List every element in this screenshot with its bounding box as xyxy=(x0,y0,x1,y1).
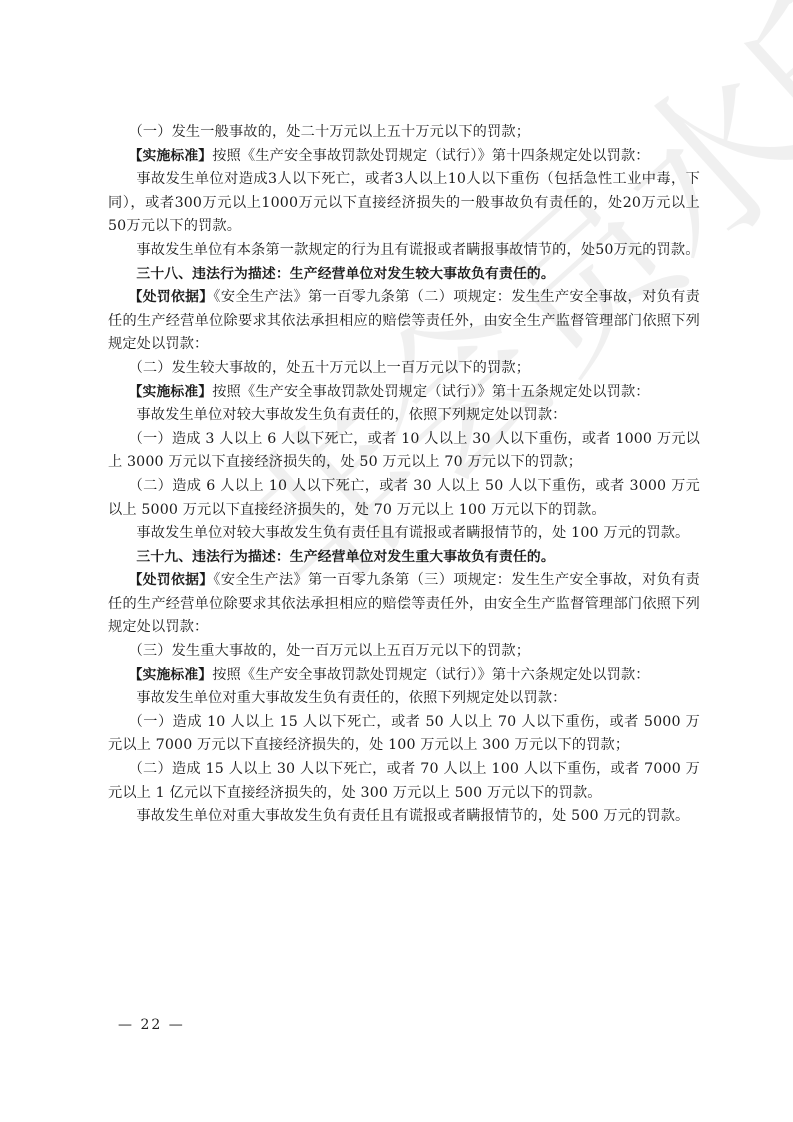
paragraph: （二）造成 15 人以上 30 人以下死亡，或者 70 人以上 100 人以下重… xyxy=(108,758,700,805)
paragraph: 事故发生单位有本条第一款规定的行为且有谎报或者瞒报事故情节的，处50万元的罚款。 xyxy=(108,239,700,263)
label-penalty-basis: 【处罚依据】 xyxy=(129,572,214,588)
paragraph-text: （三）发生重大事故的，处一百万元以上五百万元以下的罚款； xyxy=(129,643,530,659)
paragraph: （一）发生一般事故的，处二十万元以上五十万元以下的罚款； xyxy=(108,121,700,145)
paragraph-implementation-standard: 【实施标准】按照《生产安全事故罚款处罚规定（试行）》第十五条规定处以罚款： xyxy=(108,381,700,405)
label-implementation-standard: 【实施标准】 xyxy=(129,148,213,164)
paragraph-text: 按照《生产安全事故罚款处罚规定（试行）》第十五条规定处以罚款： xyxy=(212,384,649,400)
page-number: — 22 — xyxy=(118,1017,185,1033)
paragraph-text: （一）造成 3 人以上 6 人以下死亡，或者 10 人以上 30 人以下重伤，或… xyxy=(108,431,700,471)
paragraph: 事故发生单位对重大事故发生负有责任的，依照下列规定处以罚款： xyxy=(108,687,700,711)
paragraph-penalty-basis: 【处罚依据】《安全生产法》第一百零九条第（三）项规定：发生生产安全事故，对负有责… xyxy=(108,569,700,640)
paragraph: （三）发生重大事故的，处一百万元以上五百万元以下的罚款； xyxy=(108,640,700,664)
paragraph-text: 事故发生单位对造成3人以下死亡，或者3人以上10人以下重伤（包括急性工业中毒，下… xyxy=(108,171,700,234)
label-implementation-standard: 【实施标准】 xyxy=(129,667,213,683)
paragraph: （二）造成 6 人以上 10 人以下死亡，或者 30 人以上 50 人以下重伤，… xyxy=(108,475,700,522)
paragraph: 事故发生单位对造成3人以下死亡，或者3人以上10人以下重伤（包括急性工业中毒，下… xyxy=(108,168,700,239)
section-heading-text: 三十九、违法行为描述：生产经营单位对发生重大事故负有责任的。 xyxy=(136,549,554,565)
document-page: 非会员水印 （一）发生一般事故的，处二十万元以上五十万元以下的罚款； 【实施标准… xyxy=(0,0,793,1122)
paragraph: 事故发生单位对较大事故发生负有责任且有谎报或者瞒报情节的，处 100 万元的罚款… xyxy=(108,522,700,546)
paragraph-text: 事故发生单位对重大事故发生负有责任的，依照下列规定处以罚款： xyxy=(136,690,566,706)
paragraph-text: 事故发生单位对较大事故发生负有责任的，依照下列规定处以罚款： xyxy=(136,407,566,423)
paragraph: 事故发生单位对较大事故发生负有责任的，依照下列规定处以罚款： xyxy=(108,404,700,428)
label-implementation-standard: 【实施标准】 xyxy=(129,384,213,400)
paragraph: （一）造成 3 人以上 6 人以下死亡，或者 10 人以上 30 人以下重伤，或… xyxy=(108,428,700,475)
paragraph: （二）发生较大事故的，处五十万元以上一百万元以下的罚款； xyxy=(108,357,700,381)
paragraph: （一）造成 10 人以上 15 人以下死亡，或者 50 人以上 70 人以下重伤… xyxy=(108,711,700,758)
section-heading-text: 三十八、违法行为描述：生产经营单位对发生较大事故负有责任的。 xyxy=(136,266,554,282)
section-heading-38: 三十八、违法行为描述：生产经营单位对发生较大事故负有责任的。 xyxy=(108,263,700,287)
paragraph-text: 按照《生产安全事故罚款处罚规定（试行）》第十四条规定处以罚款： xyxy=(212,148,649,164)
paragraph: 事故发生单位对重大事故发生负有责任且有谎报或者瞒报情节的，处 500 万元的罚款… xyxy=(108,805,700,829)
paragraph-text: （二）发生较大事故的，处五十万元以上一百万元以下的罚款； xyxy=(129,360,530,376)
paragraph-implementation-standard: 【实施标准】按照《生产安全事故罚款处罚规定（试行）》第十四条规定处以罚款： xyxy=(108,145,700,169)
document-body: （一）发生一般事故的，处二十万元以上五十万元以下的罚款； 【实施标准】按照《生产… xyxy=(108,121,700,829)
label-penalty-basis: 【处罚依据】 xyxy=(129,289,214,305)
section-heading-39: 三十九、违法行为描述：生产经营单位对发生重大事故负有责任的。 xyxy=(108,546,700,570)
paragraph-implementation-standard: 【实施标准】按照《生产安全事故罚款处罚规定（试行）》第十六条规定处以罚款： xyxy=(108,664,700,688)
paragraph-text: （一）发生一般事故的，处二十万元以上五十万元以下的罚款； xyxy=(129,124,530,140)
paragraph-text: 事故发生单位对重大事故发生负有责任且有谎报或者瞒报情节的，处 500 万元的罚款… xyxy=(136,808,689,824)
paragraph-text: （二）造成 6 人以上 10 人以下死亡，或者 30 人以上 50 人以下重伤，… xyxy=(108,478,700,518)
paragraph-text: 按照《生产安全事故罚款处罚规定（试行）》第十六条规定处以罚款： xyxy=(212,667,649,683)
paragraph-text: 事故发生单位对较大事故发生负有责任且有谎报或者瞒报情节的，处 100 万元的罚款… xyxy=(136,525,689,541)
paragraph-penalty-basis: 【处罚依据】《安全生产法》第一百零九条第（二）项规定：发生生产安全事故，对负有责… xyxy=(108,286,700,357)
paragraph-text: （一）造成 10 人以上 15 人以下死亡，或者 50 人以上 70 人以下重伤… xyxy=(108,714,700,754)
paragraph-text: （二）造成 15 人以上 30 人以下死亡，或者 70 人以上 100 人以下重… xyxy=(108,761,700,801)
paragraph-text: 事故发生单位有本条第一款规定的行为且有谎报或者瞒报事故情节的，处50万元的罚款。 xyxy=(136,242,699,258)
